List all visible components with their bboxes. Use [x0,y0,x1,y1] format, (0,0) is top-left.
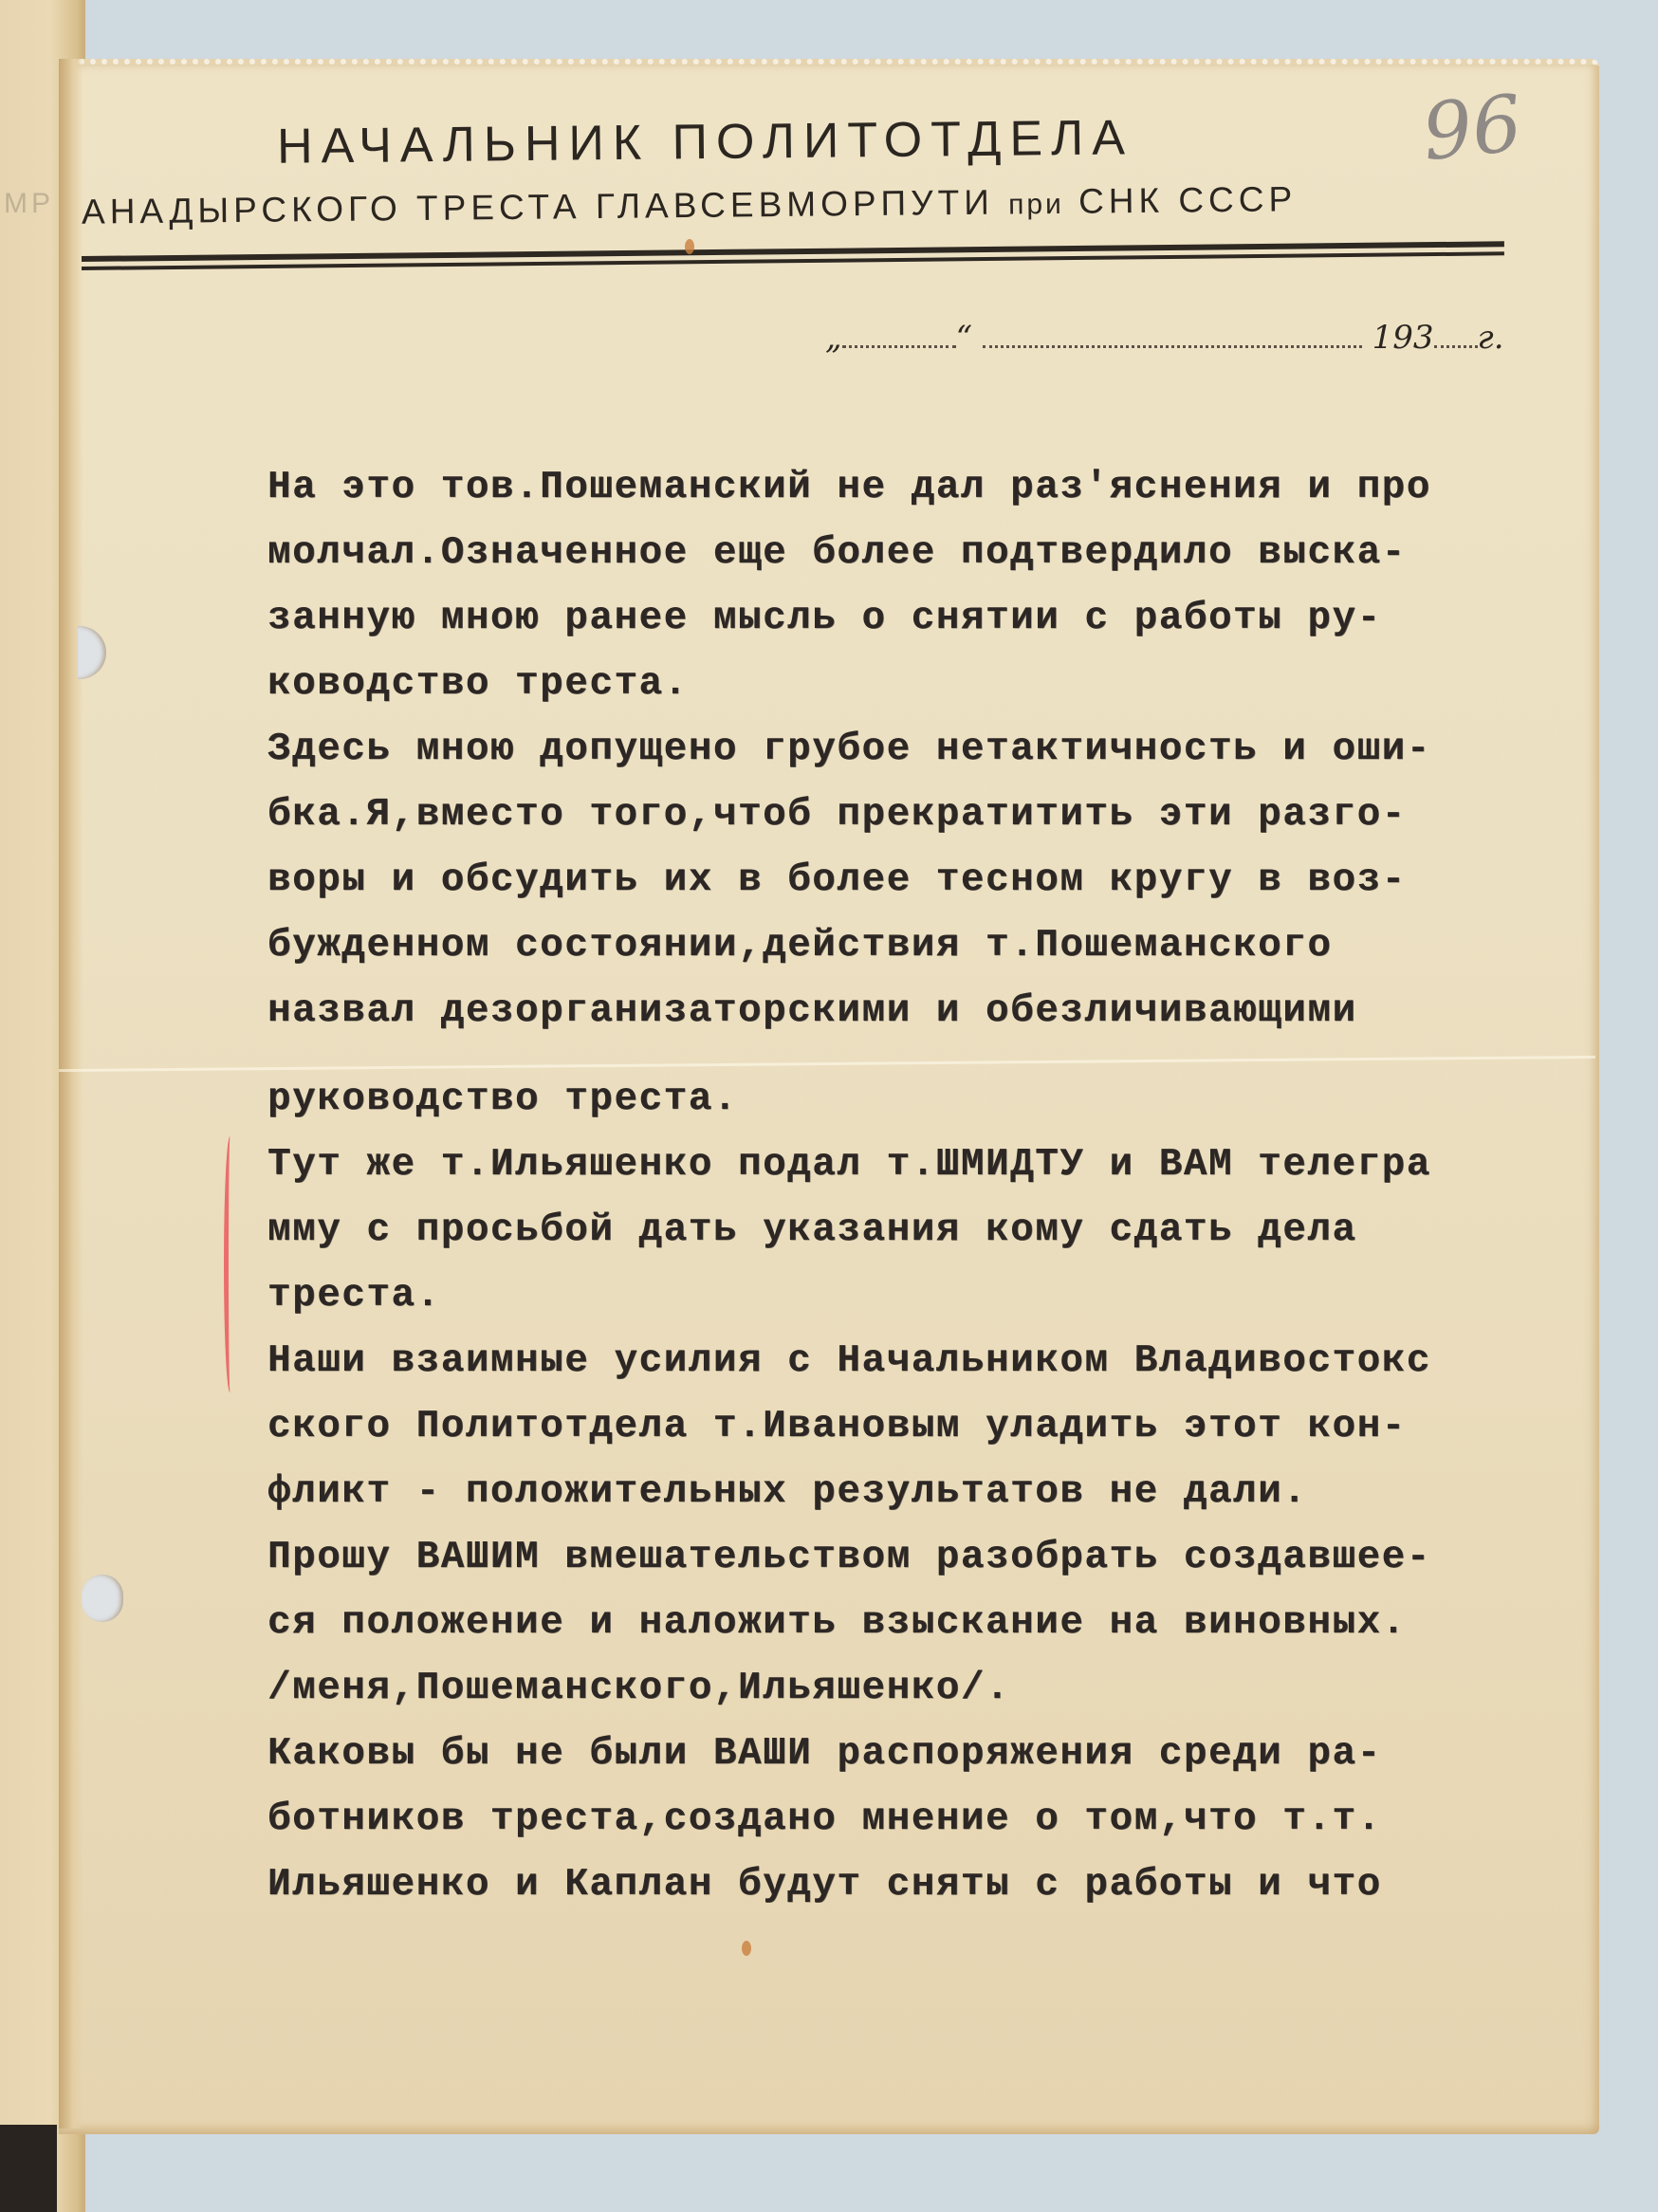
body-line: треста. [267,1263,1614,1329]
letterhead-title: НАЧАЛЬНИК ПОЛИТОТДЕЛА [277,109,1134,175]
body-line: Тут же т.Ильяшенко подал т.ШМИДТУ и ВАМ … [267,1133,1614,1198]
rust-spot [742,1941,751,1956]
year-blank [1434,319,1478,348]
body-line: ководство треста. [267,652,1614,717]
day-blank [842,319,956,348]
body-line: мму с просьбой дать указания кому сдать … [267,1198,1614,1263]
body-line: занную мною ранее мысль о снятии с работ… [267,586,1614,652]
year-suffix: г. [1478,319,1504,357]
body-line: /меня,Пошеманского,Ильяшенко/. [267,1656,1614,1722]
date-close-quote: “ [956,319,972,357]
archive-page-number: 96 [1418,79,1526,178]
date-field: „“ 193г. [825,319,1504,357]
letterhead-subtitle-main: АНАДЫРСКОГО ТРЕСТА ГЛАВСЕВМОРПУТИ [82,183,994,231]
binder-cover [0,2125,57,2212]
body-line: Здесь мною допущено грубое нетактичность… [267,717,1614,783]
body-line: ского Политотдела т.Ивановым уладить это… [267,1394,1614,1460]
body-line: Наши взаимные усилия с Начальником Влади… [267,1329,1614,1394]
body-line: фликт - положительных результатов не дал… [267,1460,1614,1525]
body-line: руководство треста. [267,1067,1614,1133]
letterhead-subtitle-end: СНК СССР [1078,179,1298,220]
rust-spot [685,239,694,254]
body-line: Прошу ВАШИМ вмешательством разобрать соз… [267,1525,1614,1591]
body-line: На это тов.Пошеманский не дал раз'яснени… [267,455,1614,521]
bleed-through-mark: МР [4,188,54,220]
body-line: ботников треста,создано мнение о том,что… [267,1787,1614,1853]
body-line: бужденном состоянии,действия т.Пошеманск… [267,913,1614,979]
letterhead-subtitle-pri: при [1008,189,1064,221]
body-line: назвал дезорганизаторскими и обезличиваю… [267,979,1614,1044]
body-line: Ильяшенко и Каплан будут сняты с работы … [267,1853,1614,1918]
binding-fold [59,59,83,2129]
typed-body: На это тов.Пошеманский не дал раз'яснени… [267,455,1614,1918]
year-prefix: 193 [1372,319,1434,357]
body-line: молчал.Означенное еще более подтвердило … [267,521,1614,586]
body-line: Каковы бы не были ВАШИ распоряжения сред… [267,1722,1614,1787]
month-blank [983,319,1362,348]
red-pencil-margin-mark [224,1136,236,1392]
body-line: ся положение и наложить взыскание на вин… [267,1591,1614,1656]
body-line: воры и обсудить их в более тесном кругу … [267,848,1614,913]
punch-hole [82,1575,123,1622]
date-open-quote: „ [825,319,842,357]
body-line: бка.Я,вместо того,чтоб прекратитить эти … [267,783,1614,848]
